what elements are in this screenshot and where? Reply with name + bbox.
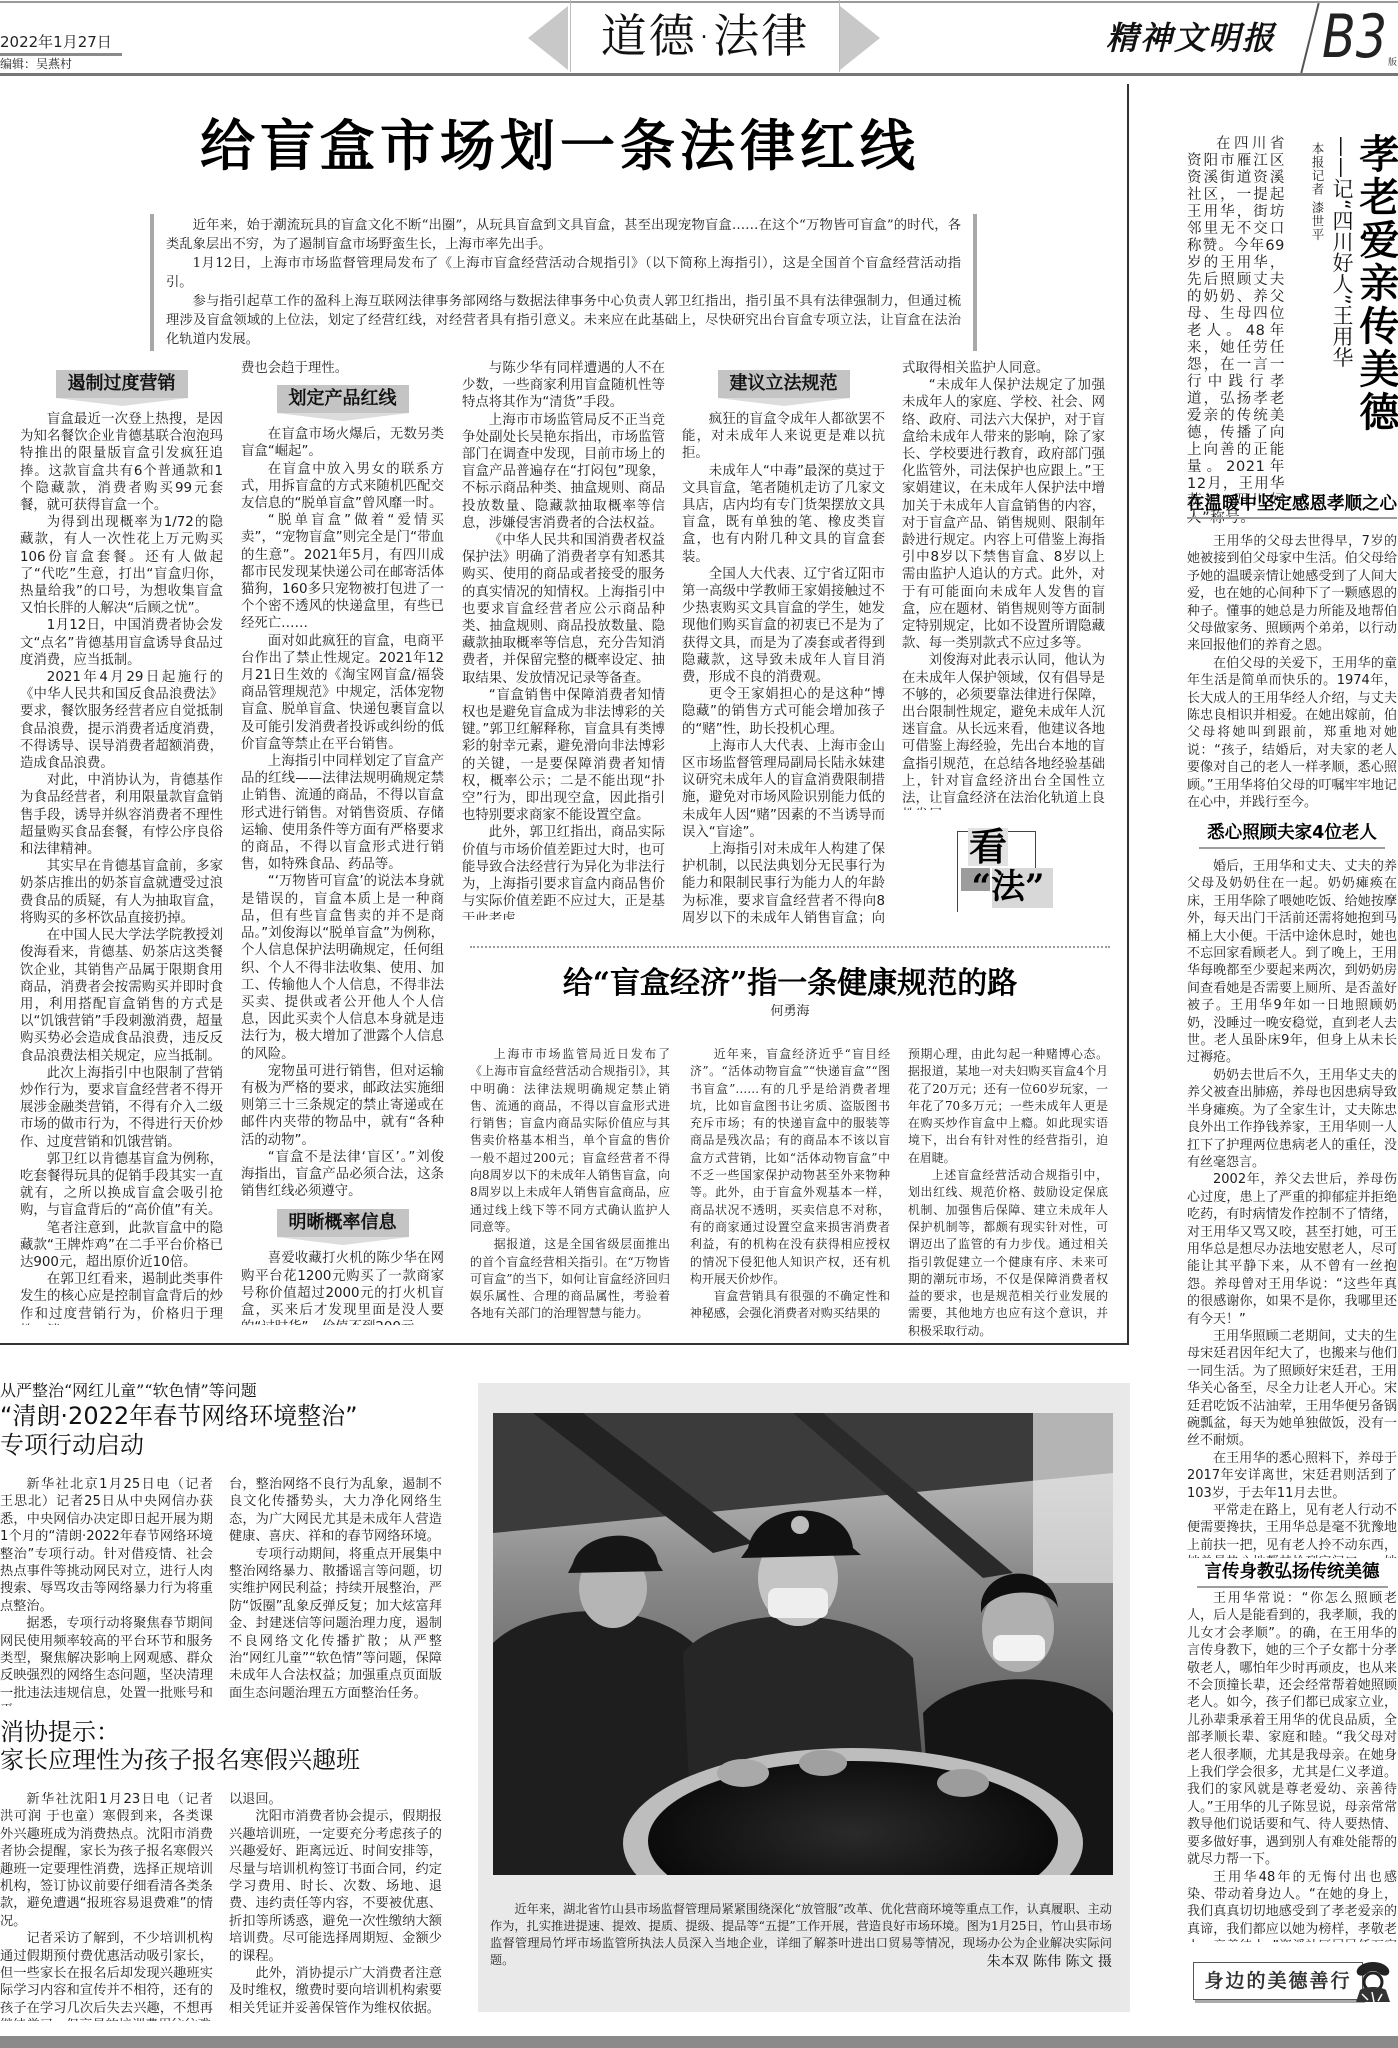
brief-column-1: 新华社沈阳1月23日电（记者 洪可润 于也童）寒假到来，各类课外兴趣班成为消费热… <box>0 1791 213 2021</box>
frame-right-rule <box>1127 84 1129 1345</box>
body-paragraph: 上海市人大代表、上海市金山区市场监督管理局副局长陆永妹建议研究未成年人的盲盒消费… <box>682 738 885 841</box>
section-title: 道德·法律 <box>570 0 840 72</box>
profile-subhead-2: 悉心照顾夫家4位老人 <box>1187 822 1397 849</box>
intro-paragraph: 参与指引起草工作的盈科上海互联网法律事务部网络与数据法律事务中心负责人郭卫红指出… <box>166 292 961 349</box>
intro-paragraph: 近年来，始于潮流玩具的盲盒文化不断“出圈”，从玩具盲盒到文具盲盒，甚至出现宠物盲… <box>166 216 961 254</box>
lead-column-2: 费也会趋于理性。 划定产品红线 在盲盒市场火爆后，无数另类盲盒“崛起”。 在盲盒… <box>241 360 444 1325</box>
body-paragraph-continued: 预期心理，由此勾起一种赌博心态。据报道，某地一对夫妇购买盲盒4个月花了20万元；… <box>908 1046 1108 1167</box>
profile-section-3: 王用华常说：“你怎么照顾老人，后人是能看到的，我孝顺，我的儿女才会孝顺”。的确，… <box>1187 1590 1397 1942</box>
body-paragraph: 刘俊海对此表示认同，他认为在未成年人保护领域，仅有倡导是不够的，必须要靠法律进行… <box>902 652 1105 810</box>
page-suffix: 版 <box>1388 58 1397 68</box>
brief-kicker: 从严整治“网红儿童”“软色情”等问题 <box>0 1380 257 1402</box>
body-paragraph: 宠物虽可进行销售，但对运输有极为严格的要求，邮政法实施细则第三十三条规定的禁止寄… <box>241 1063 444 1149</box>
opinion-label-bottom: “法” <box>958 866 1058 908</box>
body-paragraph: 在伯父母的关爱下，王用华的童年生活是简单而快乐的。1974年，长大成人的王用华经… <box>1187 655 1397 812</box>
date-underline <box>0 53 122 56</box>
issue-date: 2022年1月27日 <box>0 33 112 51</box>
body-paragraph: 此外，消协提示广大消费者注意及时维权，缴费时要向培训机构索要相关凭证并妥善保管作… <box>229 1965 442 2017</box>
body-paragraph: 对此，中消协认为，肯德基作为食品经营者，利用限量款盲盒销售手段，诱导并纵容消费者… <box>20 772 223 858</box>
profile-subhead-3: 言传身教弘扬传统美德 <box>1187 1561 1397 1588</box>
body-paragraph: 平常走在路上，见有老人行动不便需要搀扶，王用华总是毫不犹豫地上前扶一把，见有老人… <box>1187 1502 1397 1558</box>
body-paragraph: 专项行动期间，将重点开展集中整治网络暴力、散播谣言等问题，切实维护网民利益；持续… <box>229 1546 442 1703</box>
virtue-mascot-icon <box>1352 1960 1394 2004</box>
commentary-column-3: 预期心理，由此勾起一种赌博心态。据报道，某地一对夫妇购买盲盒4个月花了20万元；… <box>908 1046 1108 1340</box>
body-paragraph: 记者采访了解到，不少培训机构通过假期预付费优惠活动吸引家长，但一些家长在报名后却… <box>0 1930 213 2021</box>
body-paragraph: 王用华48年的无悔付出也感染、带动着身边人。“在她的身上，我们真真切切地感受到了… <box>1187 1869 1397 1943</box>
frame-bottom-rule <box>0 1343 1129 1345</box>
body-paragraph: “未成年人保护法规定了加强未成年人的家庭、学校、社会、网络、政府、司法六大保护，… <box>902 377 1105 652</box>
body-paragraph: 在盲盒中放入男女的联系方式，用拆盲盒的方式来随机匹配交友信息的“脱单盲盒”曾风靡… <box>241 461 444 513</box>
subhead-curb-marketing: 遏制过度营销 <box>56 370 188 398</box>
subhead-legislation: 建议立法规范 <box>718 370 850 398</box>
body-paragraph: 上海市市场监管局反不正当竞争处副处长吴艳东指出，市场监管部门在调查中发现，目前市… <box>462 412 665 532</box>
body-paragraph: 全国人大代表、辽宁省辽阳市第一高级中学教师王家娟接触过不少热衷购买文具盲盒的学生… <box>682 566 885 686</box>
body-paragraph: 笔者注意到，此款盲盒中的隐藏款“王牌炸鸡”在二手平台价格已达900元，超出原价近… <box>20 1220 223 1272</box>
column-label: 身边的美德善行 <box>1193 1962 1363 2000</box>
subhead-probability-info: 明晰概率信息 <box>277 1209 409 1237</box>
body-paragraph: 2002年，养父去世后，养母伤心过度，患上了严重的抑郁症并拒绝吃药，有时病情发作… <box>1187 1171 1397 1328</box>
body-paragraph-continued: 以退回。 <box>229 1791 442 1808</box>
brief-headline: 消协提示： 家长应理性为孩子报名寒假兴趣班 <box>0 1718 360 1774</box>
newspaper-page: 2022年1月27日 编辑：吴燕村 道德·法律 精神文明报 B3 版 给盲盒市场… <box>0 0 1398 2048</box>
body-paragraph: 盲盒营销具有很强的不确定性和神秘感，会强化消费者对购买结果的 <box>690 1288 890 1323</box>
arrow-left-icon <box>528 6 568 70</box>
profile-title: 孝老爱亲传美德 <box>1355 133 1397 434</box>
body-paragraph-continued: 台，整治网络不良行为乱象，遏制不良文化传播势头，大力净化网络生态，为广大网民尤其… <box>229 1476 442 1546</box>
body-paragraph: 上海市市场监管局近日发布了《上海市盲盒经营活动合规指引》，其中明确：法律法规明确… <box>470 1046 670 1236</box>
commentary-column-2: 近年来，盲盒经济近乎“盲目经济”。“活体动物盲盒”“快递盲盒”“图书盲盒”……有… <box>690 1046 890 1323</box>
brief-headline-line: 专项行动启动 <box>0 1431 358 1460</box>
footer-bar <box>0 2036 1398 2048</box>
page-number: B3 <box>1322 4 1387 70</box>
lead-headline: 给盲盒市场划一条法律红线 <box>200 114 930 178</box>
body-paragraph: 在郭卫红看来，遏制此类事件发生的核心应是控制盲盒背后的炒作和过度营销行为，价格归… <box>20 1271 223 1325</box>
body-paragraph: 沈阳市消费者协会提示，假期报兴趣培训班，一定要充分考虑孩子的兴趣爱好、距离远近、… <box>229 1808 442 1965</box>
body-paragraph: 1月12日，中国消费者协会发文“点名”肯德基用盲盒诱导食品过度消费，应当抵制。 <box>20 617 223 669</box>
dotted-separator <box>470 946 1110 948</box>
body-paragraph: 其实早在肯德基盲盒前，多家奶茶店推出的奶茶盲盒就遭受过浪费食品的质疑，有人为抽取… <box>20 858 223 927</box>
commentary-column-1: 上海市市场监管局近日发布了《上海市盲盒经营活动合规指引》，其中明确：法律法规明确… <box>470 1046 670 1323</box>
body-paragraph: 王用华常说：“你怎么照顾老人，后人是能看到的，我孝顺，我的儿女才会孝顺”。的确，… <box>1187 1590 1397 1869</box>
body-paragraph: 上海指引中同样划定了盲盒产品的红线——法律法规明确规定禁止销售、流通的商品，不得… <box>241 753 444 873</box>
subhead-text: 悉心照顾夫家4位老人 <box>1199 822 1385 849</box>
subhead-product-redline: 划定产品红线 <box>277 385 409 413</box>
brief-headline-line: 家长应理性为孩子报名寒假兴趣班 <box>0 1746 360 1774</box>
body-paragraph: 盲盒最近一次登上热搜，是因为知名餐饮企业肯德基联合泡泡玛特推出的限量版盲盒引发疯… <box>20 411 223 514</box>
body-paragraph: 上海指引对未成年人构建了保护机制，以民法典划分无民事行为能力和限制民事行为能力人… <box>682 841 885 927</box>
body-paragraph: 《中华人民共和国消费者权益保护法》明确了消费者享有知悉其购买、使用的商品或者接受… <box>462 532 665 687</box>
profile-subhead-1: 在温暖中坚定感恩孝顺之心 <box>1187 493 1397 519</box>
body-paragraph: 王用华的父母去世得早，7岁的她被接到伯父母家中生活。伯父母给予她的温暖亲情让她感… <box>1187 533 1397 655</box>
header-bottom-rule <box>0 73 1398 76</box>
body-paragraph: 在王用华的悉心照料下，养母于2017年安详离世，宋廷君则活到了103岁，于去年1… <box>1187 1450 1397 1502</box>
brief-headline: “清朗·2022年春节网络环境整治” 专项行动启动 <box>0 1402 358 1460</box>
subhead-text: 言传身教弘扬传统美德 <box>1197 1561 1388 1588</box>
profile-byline: 本报记者 漆世平 <box>1310 142 1324 241</box>
lead-column-3: 与陈少华有同样遭遇的人不在少数，一些商家利用盲盒随机性等特点将其作为“清货”手段… <box>462 360 665 920</box>
lead-column-5: 式取得相关监护人同意。 “未成年人保护法规定了加强未成年人的家庭、学校、社会、网… <box>902 360 1105 810</box>
commentary-author: 何勇海 <box>470 1004 1110 1020</box>
body-paragraph: 未成年人“中毒”最深的莫过于文具盲盒，笔者随机走访了几家文具店，店内均有专门货架… <box>682 463 885 566</box>
photo-image-icon <box>493 1413 1113 1875</box>
profile-section-1: 王用华的父母去世得早，7岁的她被接到伯父母家中生活。伯父母给予她的温暖亲情让她感… <box>1187 533 1397 818</box>
editor-credit: 编辑：吴燕村 <box>0 57 72 71</box>
body-paragraph: 据悉，专项行动将聚焦春节期间网民使用频率较高的平台环节和服务类型，聚焦解决影响上… <box>0 1615 213 1706</box>
body-paragraph: 在中国人民大学法学院教授刘俊海看来，肯德基、奶茶店这类餐饮企业，其销售产品属于限… <box>20 927 223 1065</box>
profile-subtitle: ——记“四川好人”王用华 <box>1330 136 1354 368</box>
body-paragraph: 近年来，盲盒经济近乎“盲目经济”。“活体动物盲盒”“快递盲盒”“图书盲盒”……有… <box>690 1046 890 1288</box>
news-photo <box>493 1413 1113 1875</box>
body-paragraph: 面对如此疯狂的盲盒，电商平台作出了禁止性规定。2021年12月21日生效的《淘宝… <box>241 633 444 753</box>
body-paragraph: 王用华照顾二老期间，丈夫的生母宋廷君因年纪大了，也搬来与他们一同生活。为了照顾好… <box>1187 1328 1397 1450</box>
body-paragraph: 此次上海指引中也限制了营销炒作行为，要求盲盒经营者不得开展涉金融类营销，不得有介… <box>20 1065 223 1151</box>
commentary-headline: 给“盲盒经济”指一条健康规范的路 <box>470 965 1110 1003</box>
brief-column-2: 台，整治网络不良行为乱象，遏制不良文化传播势头，大力净化网络生态，为广大网民尤其… <box>229 1476 442 1706</box>
body-paragraph: 2021年4月29日起施行的《中华人民共和国反食品浪费法》要求，餐饮服务经营者应… <box>20 669 223 772</box>
body-paragraph: 新华社北京1月25日电（记者 王思北）记者25日从中央网信办获悉，中央网信办决定… <box>0 1476 213 1615</box>
profile-intro: 在四川省资阳市雁江区资溪街道资溪社区，一提起王用华，街坊邻里无不交口称赞。今年6… <box>1187 136 1285 527</box>
intro-paragraph: 1月12日，上海市市场监督管理局发布了《上海市盲盒经营活动合规指引》（以下简称上… <box>166 254 961 292</box>
body-paragraph: “‘万物皆可盲盒’的说法本身就是错误的，盲盒本质上是一种商品，但有些盲盒售卖的并… <box>241 873 444 1062</box>
lead-column-1: 遏制过度营销 盲盒最近一次登上热搜，是因为知名餐饮企业肯德基联合泡泡玛特推出的限… <box>20 365 223 1325</box>
lead-column-4: 建议立法规范 疯狂的盲盒令成年人都欲罢不能，对未成年人来说更是难以抗拒。 未成年… <box>682 365 885 927</box>
body-paragraph: 与陈少华有同样遭遇的人不在少数，一些商家利用盲盒随机性等特点将其作为“清货”手段… <box>462 360 665 412</box>
arrow-right-icon <box>840 6 880 70</box>
intro-paragraph: 在四川省资阳市雁江区资溪街道资溪社区，一提起王用华，街坊邻里无不交口称赞。今年6… <box>1187 136 1285 527</box>
body-paragraph-continued: 式取得相关监护人同意。 <box>902 360 1105 377</box>
brief-headline-line: 消协提示： <box>0 1718 360 1746</box>
body-paragraph: 婚后，王用华和丈夫、丈夫的养父母及奶奶住在一起。奶奶瘫痪在床，王用华除了喂她吃饭… <box>1187 858 1397 1067</box>
profile-section-2: 婚后，王用华和丈夫、丈夫的养父母及奶奶住在一起。奶奶瘫痪在床，王用华除了喂她吃饭… <box>1187 858 1397 1558</box>
logo-divider <box>1300 3 1319 73</box>
photo-credit: 朱本双 陈伟 陈文 摄 <box>860 1953 1112 1971</box>
body-paragraph: 郭卫红以肯德基盲盒为例称，吃套餐得玩具的促销手段其实一直就有，之所以换成盲盒会吸… <box>20 1151 223 1220</box>
lead-intro: 近年来，始于潮流玩具的盲盒文化不断“出圈”，从玩具盲盒到文具盲盒，甚至出现宠物盲… <box>150 214 977 351</box>
opinion-label-top: 看 <box>966 826 1010 868</box>
body-paragraph: 在盲盒市场火爆后，无数另类盲盒“崛起”。 <box>241 426 444 460</box>
opinion-box-border <box>1035 831 1036 868</box>
body-paragraph: 为得到出现概率为1/72的隐藏款，有人一次性花上万元购买106份盲盒套餐。还有人… <box>20 514 223 617</box>
body-paragraph: “盲盒销售中保障消费者知情权也是避免盲盒成为非法博彩的关键。”郭卫红解释称，盲盒… <box>462 687 665 825</box>
body-paragraph: 喜爱收藏打火机的陈少华在网购平台花1200元购买了一款商家号称价值超过2000元… <box>241 1250 444 1325</box>
body-paragraph: 据报道，这是全国省级层面推出的首个盲盒经营相关指引。在“万物皆可盲盒”的当下，如… <box>470 1236 670 1322</box>
brief-headline-line: “清朗·2022年春节网络环境整治” <box>0 1402 358 1431</box>
body-paragraph: 奶奶去世后不久，王用华丈夫的养父被查出肺癌，养母也因患病导致半身瘫痪。为了全家生… <box>1187 1067 1397 1171</box>
body-paragraph: 上述盲盒经营活动合规指引中，划出红线、规范价格、鼓励设定保底机制、加强售后保障、… <box>908 1167 1108 1340</box>
body-paragraph: “盲盒不是法律‘盲区’。”刘俊海指出，盲盒产品必须合法，这条销售红线必须遵守。 <box>241 1149 444 1201</box>
body-paragraph: 疯狂的盲盒令成年人都欲罢不能，对未成年人来说更是难以抗拒。 <box>682 411 885 463</box>
newspaper-logo: 精神文明报 <box>1106 18 1276 58</box>
brief-column-2: 以退回。 沈阳市消费者协会提示，假期报兴趣培训班，一定要充分考虑孩子的兴趣爱好、… <box>229 1791 442 2021</box>
body-paragraph: “脱单盲盒”做着“爱情买卖”，“宠物盲盒”则完全是门“带血的生意”。2021年5… <box>241 512 444 632</box>
body-paragraph: 新华社沈阳1月23日电（记者 洪可润 于也童）寒假到来，各类课外兴趣班成为消费热… <box>0 1791 213 1930</box>
brief-column-1: 新华社北京1月25日电（记者 王思北）记者25日从中央网信办获悉，中央网信办决定… <box>0 1476 213 1706</box>
body-paragraph: 此外，郭卫红指出，商品实际价值与市场价值差距过大时，也可能导致合法经营行为异化为… <box>462 824 665 920</box>
body-paragraph-continued: 费也会趋于理性。 <box>241 360 444 377</box>
body-paragraph: 更令王家娟担心的是这种“博隐藏”的销售方式可能会增加孩子的“赌”性，助长投机心理… <box>682 686 885 738</box>
